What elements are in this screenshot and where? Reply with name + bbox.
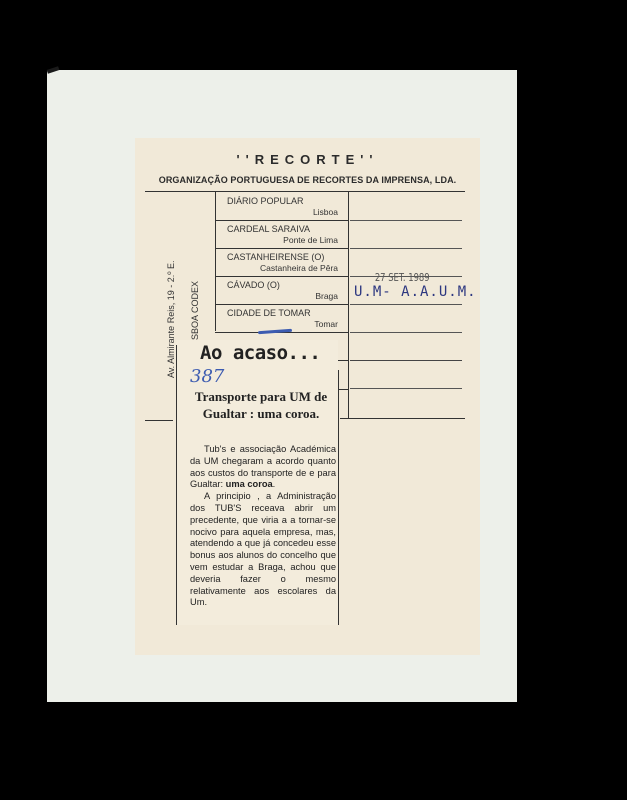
emphasis-text: uma coroa — [226, 479, 273, 489]
publication-row: CASTANHEIRENSE (O) Castanheira de Pêra — [215, 249, 348, 276]
organization-stamp: U.M- A.A.U.M. — [354, 284, 477, 300]
clipping-left-border — [176, 345, 177, 625]
top-rule — [145, 191, 465, 192]
right-rule — [350, 388, 462, 389]
publication-name: CIDADE DE TOMAR — [227, 308, 311, 318]
publication-name: CARDEAL SARAIVA — [227, 224, 310, 234]
publication-name: DIÁRIO POPULAR — [227, 196, 304, 206]
right-rule — [350, 304, 462, 305]
publication-row: CIDADE DE TOMAR Tomar — [215, 305, 348, 332]
publication-city: Castanheira de Pêra — [260, 263, 338, 273]
publication-name: CASTANHEIRENSE (O) — [227, 252, 324, 262]
publication-row: DIÁRIO POPULAR Lisboa — [215, 193, 348, 220]
clipping-right-border — [338, 370, 339, 625]
article-body: Tub's e associação Académica da UM chega… — [190, 444, 336, 609]
card-title: ''RECORTE'' — [135, 152, 480, 167]
column-headline: Ao acaso... — [200, 342, 320, 364]
publication-name: CÁVADO (O) — [227, 280, 280, 290]
article-paragraph: A principio , a Administração dos TUB'S … — [190, 491, 336, 609]
clipping-right-tick — [338, 360, 348, 361]
address-line-1: Av. Almirante Reis, 19 - 2.º E. — [166, 260, 176, 378]
article-paragraph: Tub's e associação Académica da UM chega… — [190, 444, 336, 491]
article-title: Transporte para UM de Gualtar : uma coro… — [188, 388, 334, 422]
publication-city: Tomar — [314, 319, 338, 329]
right-column-divider — [348, 191, 349, 419]
left-short-rule — [145, 420, 173, 421]
publication-city: Ponte de Lima — [283, 235, 338, 245]
right-rule — [350, 248, 462, 249]
handwritten-number: 387 — [190, 366, 224, 387]
publication-row: CARDEAL SARAIVA Ponte de Lima — [215, 221, 348, 248]
right-rule — [350, 360, 462, 361]
right-rule — [350, 220, 462, 221]
publication-city: Lisboa — [313, 207, 338, 217]
publication-row: CÁVADO (O) Braga — [215, 277, 348, 304]
clipping-right-tick — [338, 389, 348, 390]
right-rule — [350, 332, 462, 333]
publication-city: Braga — [315, 291, 338, 301]
newspaper-clipping: Ao acaso... 387 Transporte para UM de Gu… — [176, 340, 338, 625]
received-date-stamp: 27 SET. 1989 — [375, 271, 430, 284]
card-subtitle: ORGANIZAÇÃO PORTUGUESA DE RECORTES DA IM… — [135, 175, 480, 185]
right-rule — [340, 418, 465, 419]
paragraph-text: . — [273, 479, 276, 489]
